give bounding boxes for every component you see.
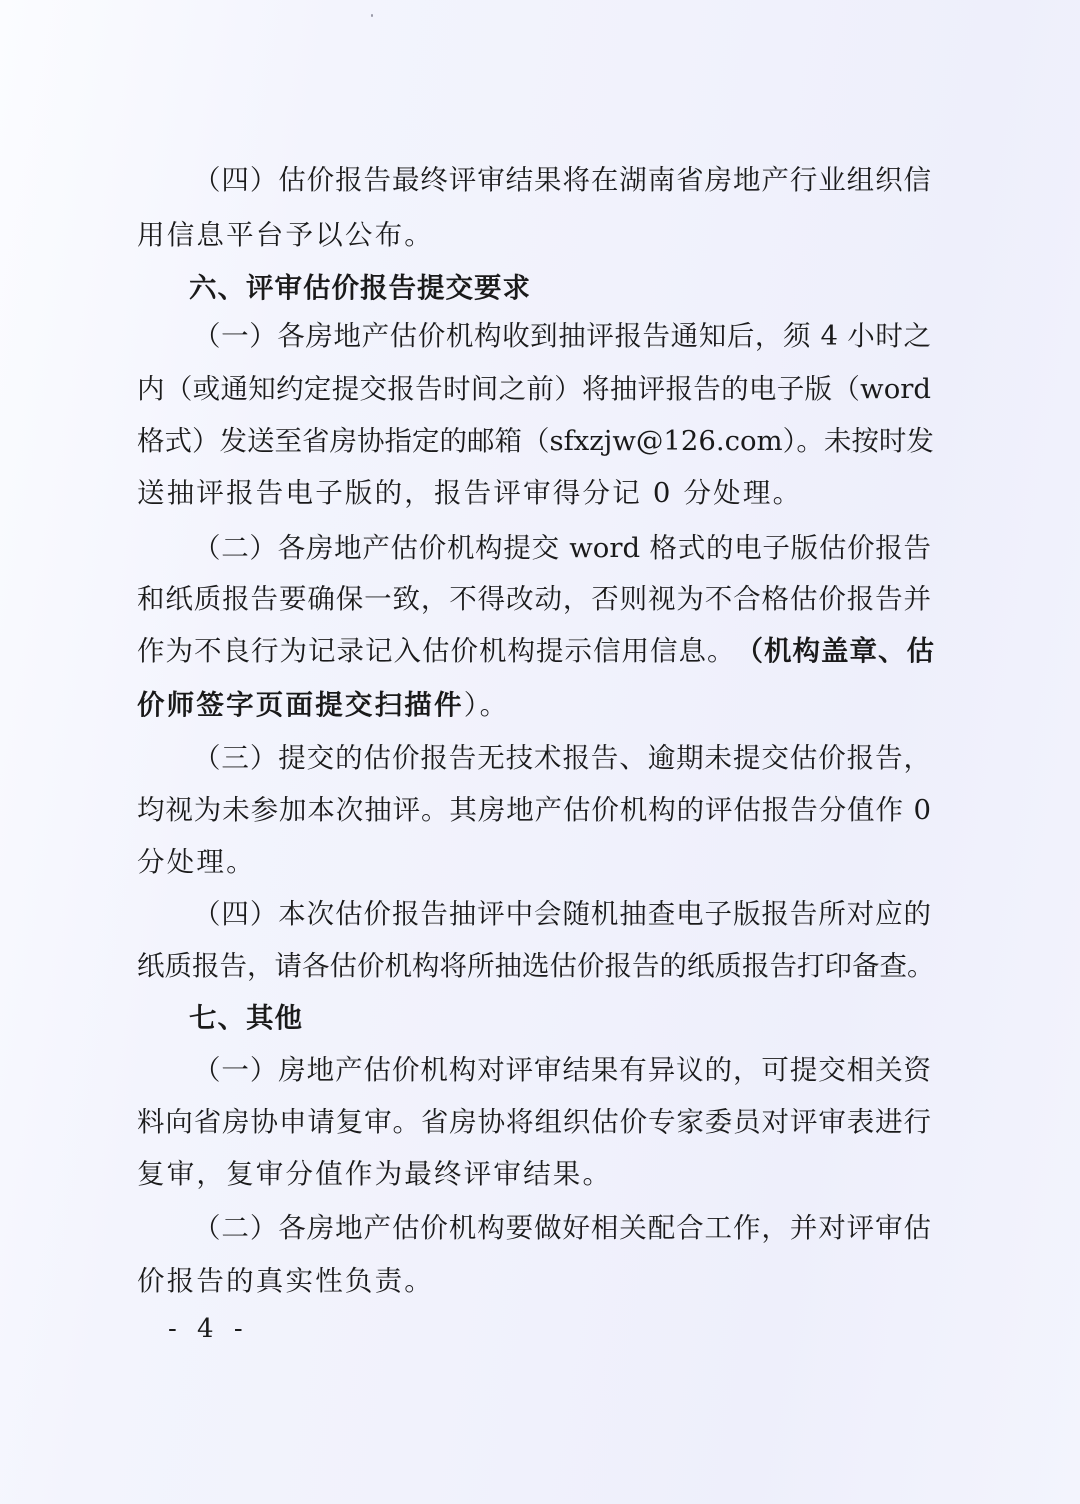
paragraph-6-2-line-4-tail: ）。 (464, 689, 510, 721)
paragraph-6-1-line-4: 送抽评报告电子版的，报告评审得分记 0 分处理。 (137, 476, 931, 510)
page-number: - 4 - (168, 1314, 249, 1344)
section-heading-6: 六、评审估价报告提交要求 (189, 271, 983, 305)
paragraph-7-2-line-1: （二）各房地产估价机构要做好相关配合工作，并对评审估 (137, 1211, 931, 1245)
paragraph-6-4-line-2: 纸质报告，请各估价机构将所抽选估价报告的纸质报告打印备查。 (137, 949, 931, 983)
paragraph-6-2-line-3-normal: 作为不良行为记录记入估价机构提示信用信息。 (137, 634, 736, 668)
paragraph-7-1-line-2: 料向省房协申请复审。省房协将组织估价专家委员对评审表进行 (137, 1105, 931, 1139)
paragraph-7-1-line-3: 复审，复审分值作为最终评审结果。 (137, 1157, 931, 1191)
scan-speck (371, 14, 373, 17)
paragraph-5-4-line-2: 用信息平台予以公布。 (137, 218, 931, 252)
paragraph-6-1-line-3: 格式）发送至省房协指定的邮箱（sfxzjw@126.com）。未按时发 (137, 424, 931, 458)
paragraph-7-1-line-1: （一）房地产估价机构对评审结果有异议的，可提交相关资 (137, 1053, 931, 1087)
paragraph-5-4-line-1: （四）估价报告最终评审结果将在湖南省房地产行业组织信 (137, 163, 931, 197)
paragraph-6-2-line-3-bold: （机构盖章、估 (736, 634, 936, 668)
paragraph-6-4-line-1: （四）本次估价报告抽评中会随机抽查电子版报告所对应的 (137, 897, 931, 931)
paragraph-6-2-line-4: 价师签字页面提交扫描件）。 (137, 688, 931, 722)
paragraph-6-1-line-2: 内（或通知约定提交报告时间之前）将抽评报告的电子版（word (137, 372, 931, 406)
paragraph-7-2-line-2: 价报告的真实性负责。 (137, 1264, 931, 1298)
paragraph-6-2-line-2: 和纸质报告要确保一致，不得改动，否则视为不合格估价报告并 (137, 582, 931, 616)
paragraph-6-2-line-1: （二）各房地产估价机构提交 word 格式的电子版估价报告 (137, 531, 931, 565)
paragraph-6-2-line-3: 作为不良行为记录记入估价机构提示信用信息。（机构盖章、估 (137, 634, 931, 668)
paragraph-6-2-line-4-bold: 价师签字页面提交扫描件 (137, 689, 464, 721)
paragraph-6-3-line-2: 均视为未参加本次抽评。其房地产估价机构的评估报告分值作 0 (137, 793, 931, 827)
paragraph-6-1-line-1: （一）各房地产估价机构收到抽评报告通知后，须 4 小时之 (137, 319, 931, 353)
section-heading-7: 七、其他 (189, 1001, 983, 1035)
paragraph-6-3-line-3: 分处理。 (137, 845, 931, 879)
paragraph-6-3-line-1: （三）提交的估价报告无技术报告、逾期未提交估价报告， (137, 741, 931, 775)
